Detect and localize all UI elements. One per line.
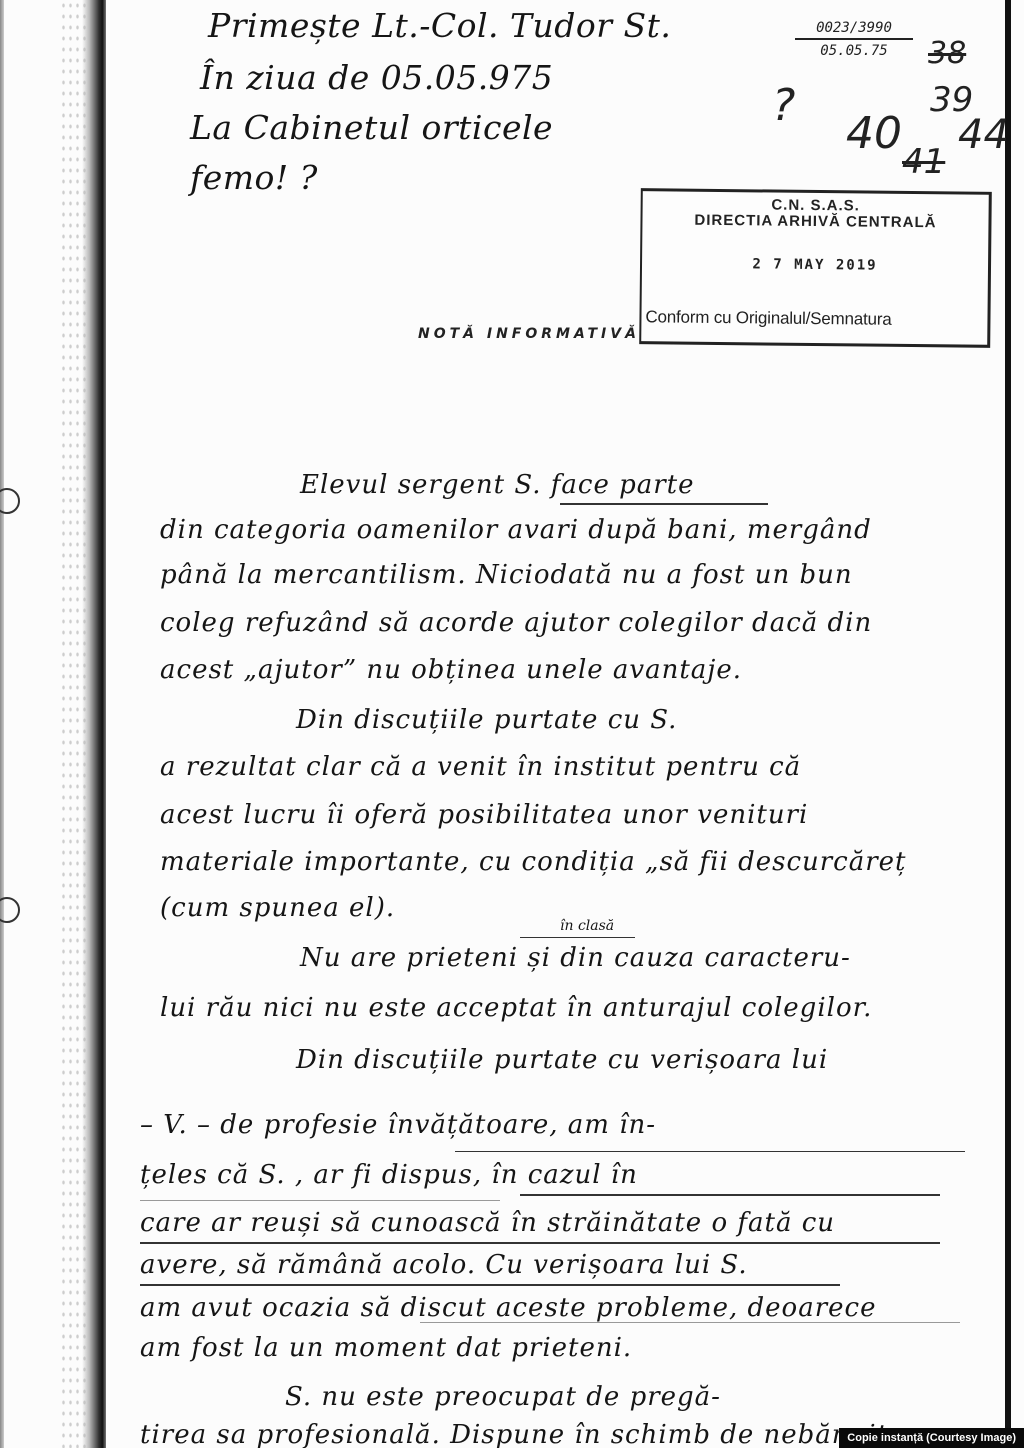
body-line: care ar reuși să cunoască în străinătate… xyxy=(140,1208,835,1238)
body-line: Nu are prieteni și din cauza caracteru- xyxy=(300,943,851,973)
stamp-certification: Conform cu Originalul/Semnatura xyxy=(645,307,987,331)
body-line: a rezultat clar că a venit în institut p… xyxy=(160,752,801,782)
body-line: Elevul sergent S. face parte xyxy=(300,470,695,500)
stamp-date: 2 7 MAY 2019 xyxy=(642,255,988,275)
image-caption: Copie instanță (Courtesy Image) xyxy=(839,1428,1024,1448)
body-line: acest lucru îi oferă posibilitatea unor … xyxy=(160,800,808,830)
page-number-crossed: 38 xyxy=(928,36,966,71)
registration-number-value: 0023/3990 xyxy=(795,20,913,40)
document-title: NOTĂ INFORMATIVĂ xyxy=(418,326,640,342)
emphasis-underline xyxy=(140,1284,840,1286)
punch-hole-icon xyxy=(0,488,20,514)
archive-stamp: C.N. S.A.S. DIRECTIA ARHIVĂ CENTRALĂ 2 7… xyxy=(639,188,992,348)
body-line: din categoria oamenilor avari după bani,… xyxy=(160,515,872,545)
scan-edge-right xyxy=(1005,0,1011,1448)
redaction-underline xyxy=(560,503,768,505)
page-number: 40 xyxy=(846,108,902,159)
body-line: până la mercantilism. Niciodată nu a fos… xyxy=(160,560,853,590)
page-number: 44 xyxy=(958,112,1009,158)
body-line: S. nu este preocupat de pregă- xyxy=(285,1382,721,1412)
insertion-mark-line xyxy=(520,937,635,938)
scan-edge-left xyxy=(0,0,4,1448)
body-line: tirea sa profesională. Dispune în schimb… xyxy=(140,1420,904,1448)
emphasis-underline xyxy=(140,1242,940,1244)
body-line: am avut ocazia să discut aceste probleme… xyxy=(140,1293,876,1323)
body-line: țeles că S. , ar fi dispus, în cazul în xyxy=(140,1160,638,1190)
scan-binding-shadow xyxy=(82,0,106,1448)
header-annotation-line: La Cabinetul orticele xyxy=(190,108,553,147)
punch-hole-icon xyxy=(0,897,20,923)
page-number-crossed: 41 xyxy=(902,142,945,182)
body-line: (cum spunea el). xyxy=(160,893,395,923)
header-annotation-line: femo! ? xyxy=(190,158,318,197)
body-line: Din discuțiile purtate cu S. xyxy=(296,705,677,735)
body-line: lui rău nici nu este acceptat în anturaj… xyxy=(160,993,872,1023)
question-mark: ? xyxy=(772,80,795,131)
body-line: materiale importante, cu condiția „să fi… xyxy=(160,847,907,877)
body-line: avere, să rămână acolo. Cu verișoara lui… xyxy=(140,1250,748,1280)
emphasis-underline xyxy=(420,1322,960,1323)
body-line: – V. – de profesie învățătoare, am în- xyxy=(140,1110,656,1140)
emphasis-underline xyxy=(140,1200,500,1201)
stamp-department: DIRECTIA ARHIVĂ CENTRALĂ xyxy=(642,211,988,232)
inserted-annotation: în clasă xyxy=(560,918,614,934)
emphasis-underline xyxy=(455,1151,965,1152)
body-line: Din discuțiile purtate cu verișoara lui xyxy=(296,1045,828,1075)
emphasis-underline xyxy=(520,1194,940,1196)
registration-number: 0023/3990 05.05.75 xyxy=(795,20,913,59)
body-line: coleg refuzând să acorde ajutor colegilo… xyxy=(160,608,872,638)
body-line: acest „ajutor” nu obținea unele avantaje… xyxy=(160,655,742,685)
body-line: am fost la un moment dat prieteni. xyxy=(140,1333,632,1363)
header-annotation-line: În ziua de 05.05.975 xyxy=(200,58,553,97)
registration-date: 05.05.75 xyxy=(795,40,913,59)
scanned-document-page: Primește Lt.-Col. Tudor St. În ziua de 0… xyxy=(0,0,1024,1448)
header-annotation-line: Primește Lt.-Col. Tudor St. xyxy=(208,6,671,45)
